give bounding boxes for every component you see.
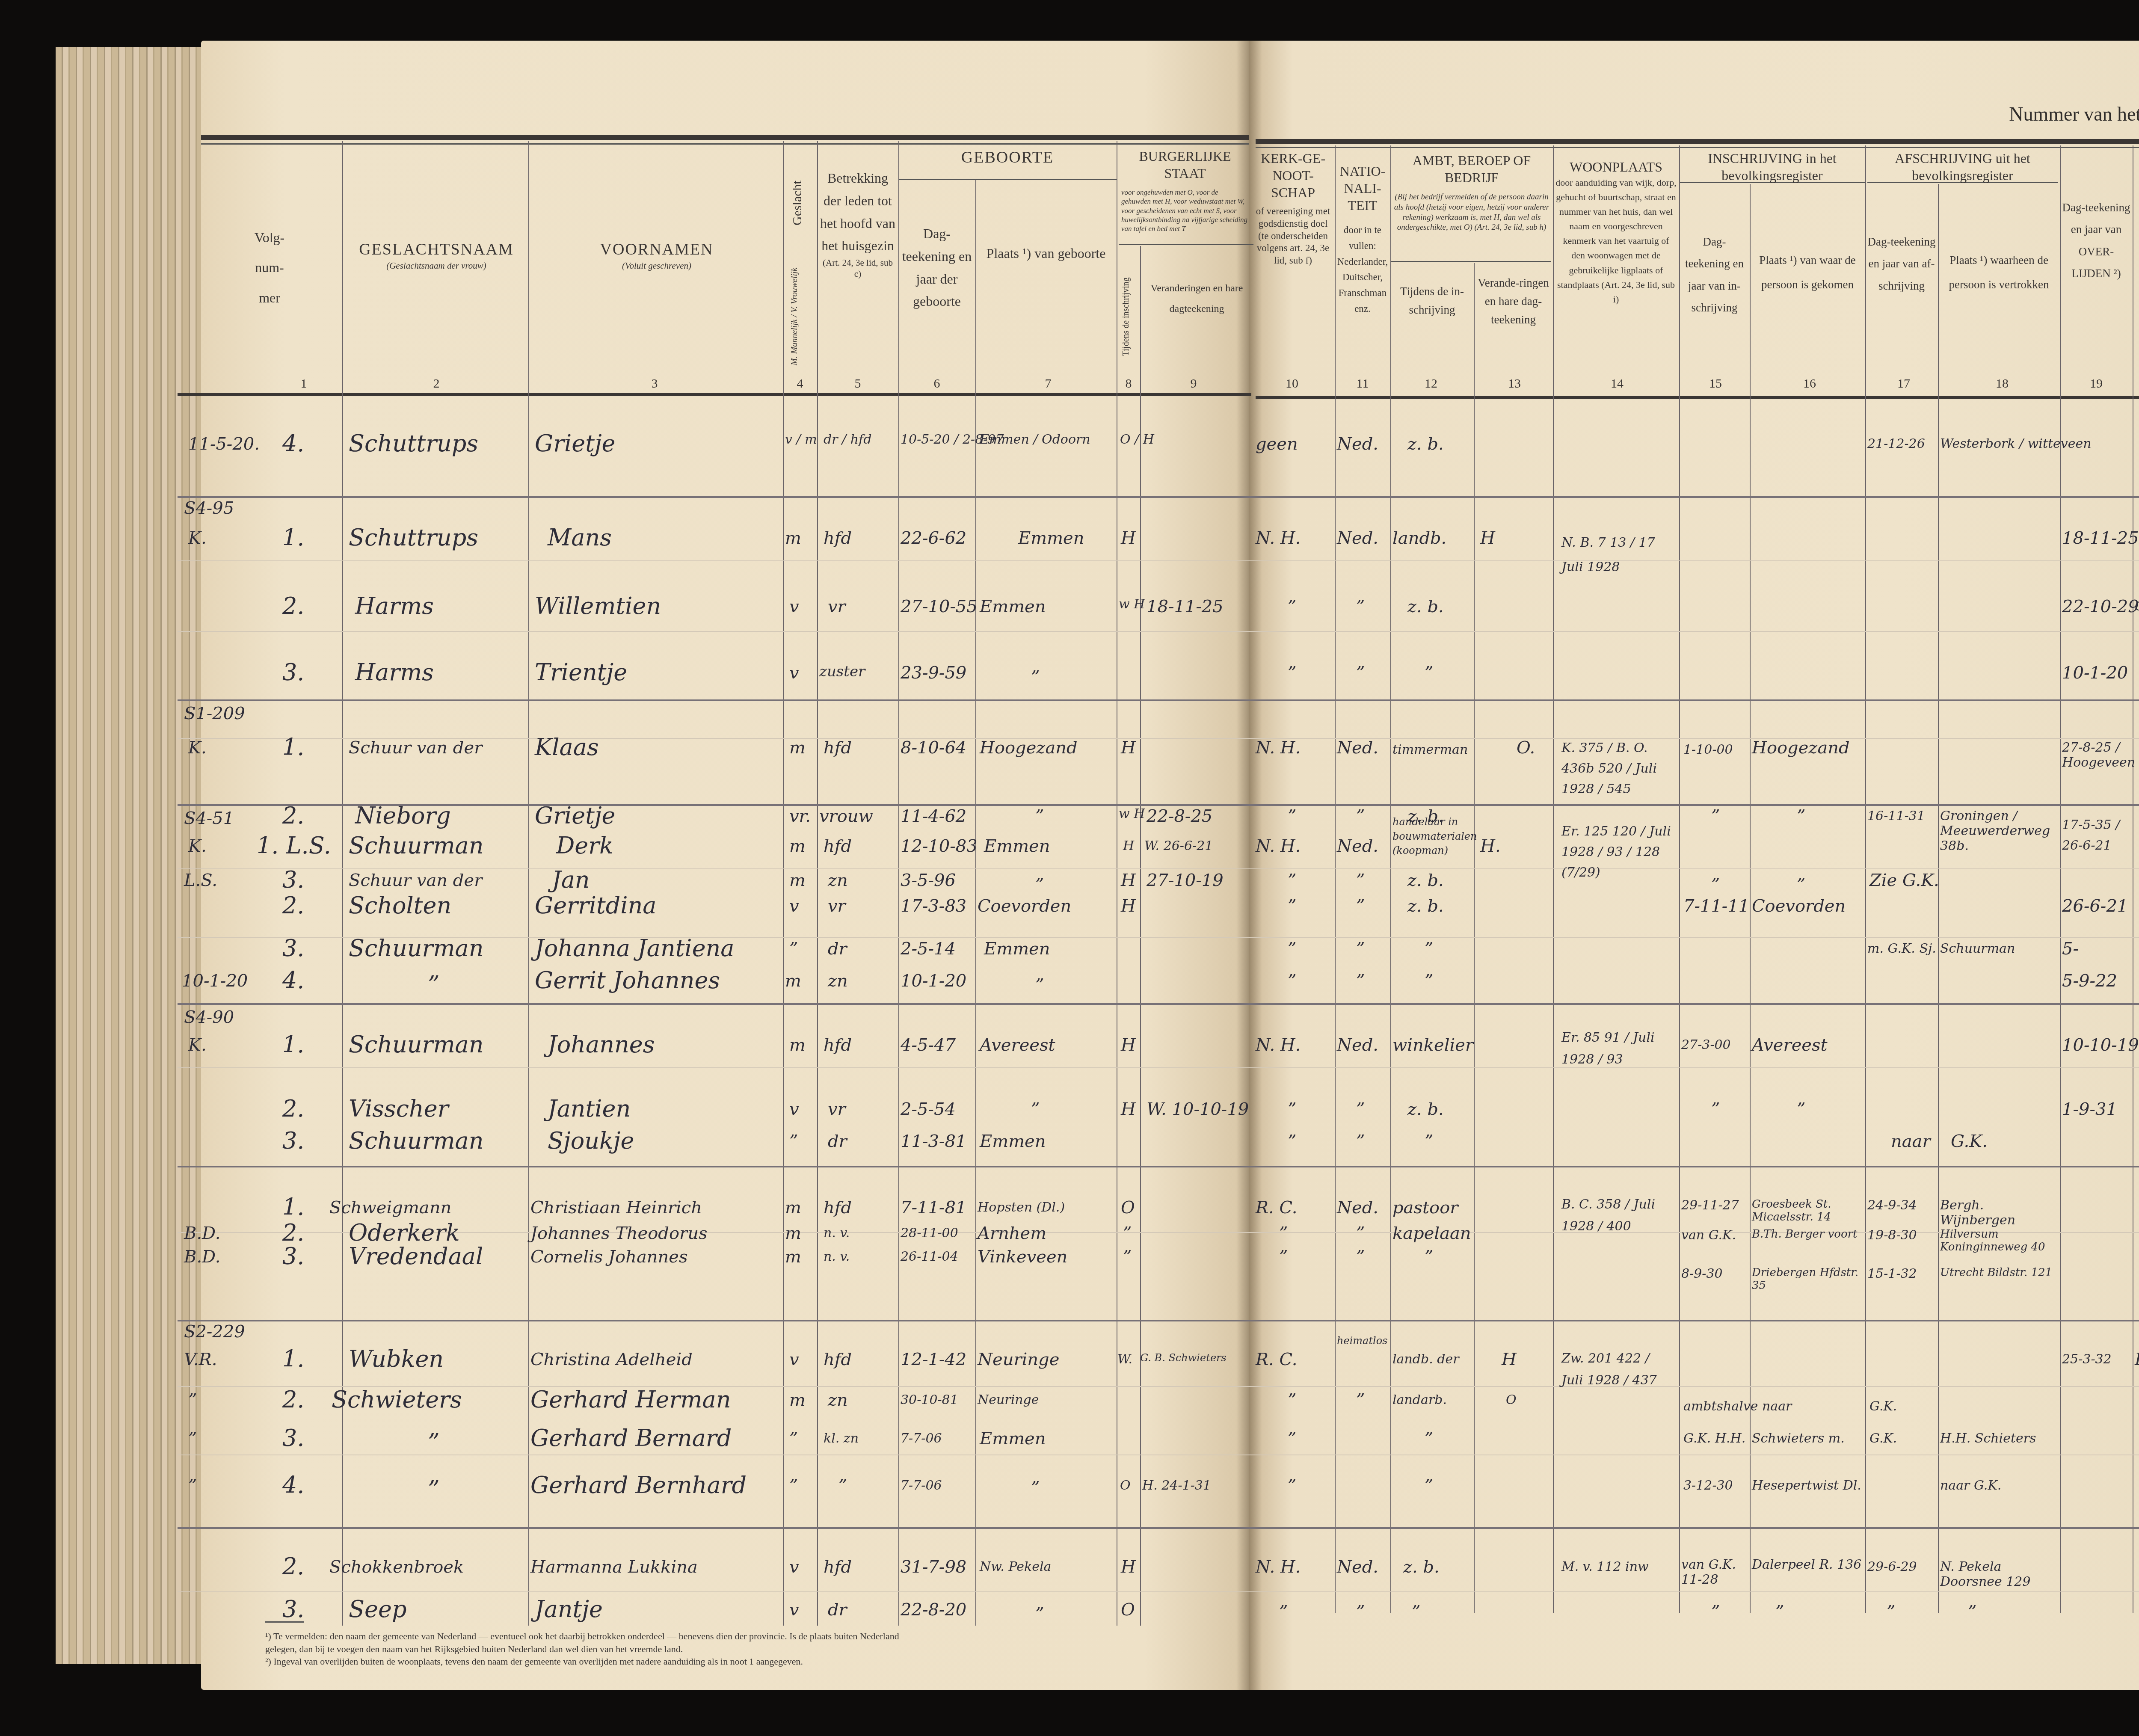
entry-birth-date: 22-6-62 — [901, 528, 966, 548]
entry-in-date: van G.K. — [1681, 1228, 1736, 1243]
entry-occupation: pastoor — [1392, 1198, 1458, 1218]
col-number: 9 — [1181, 376, 1206, 391]
inschrijving-group-header: INSCHRIJVING in het bevolkingsregister — [1681, 150, 1863, 184]
entry-given-names: Johannes Theodorus — [530, 1223, 707, 1243]
header-bottom-rule-right — [1256, 396, 2139, 399]
col-number: 10 — [1279, 376, 1305, 391]
entry-in-date: ” — [1711, 1099, 1720, 1119]
entry-number: 3. — [282, 1425, 305, 1452]
entry-surname: Schwieters — [332, 1386, 462, 1413]
col-divider — [975, 180, 976, 1626]
entry-in-place: ” — [1797, 875, 1805, 895]
entry-death-date: 5-9-22 — [2062, 971, 2117, 991]
col-divider — [1750, 184, 1751, 1613]
entry-birth-place: Emmen — [984, 836, 1050, 856]
entry-church: ” — [1288, 1099, 1296, 1119]
entry-given-names: Harmanna Lukkina — [530, 1557, 698, 1577]
entry-out-date: Zie G.K. — [1869, 871, 1939, 890]
entry-surname: Schuur van der — [349, 738, 482, 758]
entry-relation: ” — [838, 1476, 847, 1496]
entry-birth-date: 7-11-81 — [901, 1198, 966, 1218]
entry-birth-place: Emmen — [980, 597, 1046, 616]
entry-nationality: Ned. — [1337, 528, 1378, 548]
header-top-thin-left — [201, 143, 1249, 145]
col-number: 17 — [1891, 376, 1917, 391]
entry-nationality: ” — [1356, 896, 1365, 916]
entry-in-date: 3-12-30 — [1683, 1478, 1733, 1493]
entry-birth-place: Vinkeveen — [978, 1247, 1067, 1267]
entry-in-place: ” — [1775, 1602, 1784, 1622]
entry-sex: v — [789, 1099, 799, 1119]
entry-in-place: Hoogezand — [1752, 738, 1850, 758]
entry-in-date: ” — [1711, 875, 1720, 895]
entry-birth-date: 8-10-64 — [901, 738, 966, 758]
entry-number: 2. — [282, 1219, 305, 1246]
entry-given-names: Gerhard Bernard — [530, 1425, 732, 1452]
col-divider — [1679, 145, 1680, 1613]
entry-margin: ” — [188, 1429, 197, 1449]
col2-header: GESLACHTSNAAM(Geslachtsnaam der vrouw) — [347, 240, 526, 271]
entry-church: ” — [1288, 1390, 1296, 1410]
entry-civil-status: H — [1121, 896, 1136, 916]
entry-death-date: 22-10-29 — [2062, 597, 2139, 616]
entry-church: ” — [1288, 896, 1296, 916]
entry-occupation: z. b. — [1407, 597, 1444, 616]
entry-occupation: z. b. — [1403, 1557, 1440, 1577]
entry-church: ” — [1288, 1429, 1296, 1449]
entry-sex: m — [789, 836, 806, 856]
entry-relation: n. v. — [824, 1226, 850, 1241]
entry-number: 1. — [282, 1345, 305, 1372]
entry-sex: m — [789, 738, 806, 758]
entry-margin: K. — [188, 1035, 207, 1055]
entry-in-date: G.K. H.H. — [1683, 1431, 1745, 1446]
entry-relation: dr — [828, 1600, 847, 1620]
entry-death-date: 1-9-31 — [2062, 1099, 2117, 1119]
entry-birth-date: 31-7-98 — [901, 1557, 966, 1577]
entry-address: B. C. 358 / Juli 1928 / 400 — [1561, 1194, 1673, 1237]
entry-occupation: landb. — [1392, 528, 1446, 548]
entry-death-date: 10-10-19 — [2062, 1035, 2139, 1055]
entry-church: ” — [1288, 1476, 1296, 1496]
footnote-1: ¹) Te vermelden: den naam der gemeente v… — [265, 1630, 907, 1655]
entry-relation: zn — [828, 1390, 848, 1410]
entry-out-date: 24-9-34 — [1867, 1198, 1917, 1213]
col20-header: AAN-MERKINGEN(Art. 24, 5e lid) — [2135, 231, 2139, 282]
entry-surname: Schuurman — [349, 832, 484, 859]
entry-number: 2. — [282, 1386, 305, 1413]
entry-occupation: ” — [1425, 1476, 1433, 1496]
entry-margin: ” — [188, 1390, 197, 1410]
entry-birth-date: 2-5-54 — [901, 1099, 956, 1119]
entry-occupation: z. b. — [1407, 1099, 1444, 1119]
entry-civil-status: w H — [1119, 806, 1145, 821]
entry-out-date: 29-6-29 — [1867, 1559, 1917, 1574]
entry-surname: Seep — [349, 1596, 406, 1623]
entry-death-date: 26-6-21 — [2062, 896, 2128, 916]
entry-birth-date: 27-10-55 — [901, 597, 978, 616]
entry-out-place: Utrecht Bildstr. 121 — [1940, 1266, 2056, 1279]
entry-number: 2. — [282, 592, 305, 619]
entry-nationality: ” — [1356, 939, 1365, 959]
entry-birth-date: 28-11-00 — [901, 1226, 958, 1241]
entry-sex: m — [789, 1035, 806, 1055]
entry-sex: v — [789, 1557, 799, 1577]
col13-header: Verande-ringen en hare dag-teekening — [1476, 274, 1551, 329]
entry-civil-status: H — [1121, 871, 1136, 890]
entry-sex: ” — [789, 1429, 798, 1449]
entry-given-names: Jantje — [535, 1596, 603, 1623]
entry-number: 3. — [282, 1596, 305, 1623]
entry-civil-status: H — [1121, 1099, 1136, 1119]
entry-birth-place: Neuringe — [978, 1392, 1039, 1407]
entry-birth-date: 7-7-06 — [901, 1478, 942, 1493]
entry-civil-status: W. — [1117, 1352, 1132, 1367]
entry-in-place: Coevorden — [1752, 896, 1846, 916]
entry-in-date: 27-3-00 — [1681, 1037, 1731, 1052]
entry-relation: vr — [828, 1099, 846, 1119]
entry-sex: v — [789, 1600, 799, 1620]
entry-birth-place: Emmen — [980, 1132, 1046, 1151]
col9-header: Veranderingen en hare dagteekening — [1142, 278, 1251, 319]
entry-occupation: landarb. — [1392, 1392, 1447, 1407]
col-number: 14 — [1604, 376, 1630, 391]
entry-number: 4. — [282, 1472, 305, 1499]
household-separator — [178, 804, 2139, 806]
entry-relation: n. v. — [824, 1249, 850, 1264]
entry-surname: Harms — [355, 592, 434, 619]
entry-in-date: 29-11-27 — [1681, 1198, 1739, 1213]
household-marker: S4-90 — [184, 1007, 234, 1027]
entry-birth-date: 11-4-62 — [901, 806, 966, 826]
col-number: 8 — [1116, 376, 1141, 391]
household-separator — [178, 496, 2139, 498]
col-number: 15 — [1703, 376, 1728, 391]
entry-church: ” — [1288, 971, 1296, 991]
entry-address: N. B. 7 13 / 17 Juli 1928 — [1561, 530, 1677, 579]
entry-civil-status: w H — [1119, 597, 1145, 612]
entry-number: 3. — [282, 1243, 305, 1270]
entry-nationality: Ned. — [1337, 1198, 1378, 1218]
entry-relation: dr — [828, 1132, 847, 1151]
col-number: 6 — [924, 376, 950, 391]
entry-sex: m — [785, 1223, 801, 1243]
entry-in-date: ” — [1711, 806, 1720, 826]
col4-header: Geslacht — [789, 158, 806, 248]
entry-address: Er. 125 120 / Juli 1928 / 93 / 128 (7/29… — [1561, 821, 1673, 883]
entry-civil-status: H — [1121, 528, 1136, 548]
entry-occupation-change: H — [1502, 1350, 1517, 1369]
entry-occupation: z. b. — [1407, 896, 1444, 916]
household-separator — [178, 1527, 2139, 1529]
entry-nationality: ” — [1356, 1132, 1365, 1151]
entry-occupation: z. b. — [1407, 434, 1444, 454]
household-separator — [178, 1320, 2139, 1321]
entry-given-names: Johanna Jantiena — [535, 935, 735, 962]
entry-church: ” — [1279, 1602, 1288, 1622]
entry-surname: Nieborg — [355, 802, 451, 829]
entry-occupation: z. b. — [1407, 871, 1444, 890]
entry-out-date: G.K. — [1869, 1431, 1897, 1446]
entry-birth-place: ” — [1031, 1478, 1040, 1498]
entry-number: 4. — [282, 967, 305, 994]
entry-birth-date: 22-8-20 — [901, 1600, 966, 1620]
entry-nationality: Ned. — [1337, 434, 1378, 454]
entry-in-place: Avereest — [1752, 1035, 1828, 1055]
entry-church: R. C. — [1256, 1198, 1297, 1218]
entry-number: 4. — [282, 430, 305, 457]
entry-sex: m — [789, 871, 806, 890]
col-divider — [783, 141, 784, 1626]
entry-out-place: naar G.K. — [1940, 1478, 2001, 1493]
entry-given-names: Derk — [556, 832, 613, 859]
entry-civil-status-change: H. 24-1-31 — [1142, 1478, 1211, 1493]
entry-nationality: Ned. — [1337, 1035, 1378, 1055]
entry-surname: Vredendaal — [349, 1243, 483, 1270]
entry-given-names: Mans — [548, 524, 612, 551]
entry-civil-status: O — [1121, 1600, 1135, 1620]
entry-relation: hfd — [824, 1557, 852, 1577]
household-separator — [178, 1003, 2139, 1005]
entry-number: 1. — [282, 1194, 305, 1221]
entry-relation: dr / hfd — [824, 432, 871, 447]
col-divider — [1140, 246, 1141, 1626]
entry-margin: ” — [188, 1476, 197, 1496]
entry-out-date: naar — [1891, 1132, 1931, 1151]
entry-address: K. 375 / B. O. 436b 520 / Juli 1928 / 54… — [1561, 738, 1673, 800]
entry-out-date: G.K. — [1869, 1399, 1897, 1414]
entry-relation: hfd — [824, 1350, 852, 1369]
entry-in-place: Hesepertwist Dl. — [1752, 1478, 1861, 1493]
entry-in-place: ” — [1797, 806, 1805, 826]
entry-occupation: winkelier — [1392, 1035, 1473, 1055]
entry-sex: v / m — [785, 432, 817, 447]
entry-out-date: 19-8-30 — [1867, 1228, 1917, 1243]
entry-surname: Schuurman — [349, 1031, 484, 1058]
entry-nationality: ” — [1356, 971, 1365, 991]
entry-given-names: Cornelis Johannes — [530, 1247, 688, 1267]
entry-number: 2. — [282, 1095, 305, 1122]
entry-remarks: O.Z.R. Acc. — [2135, 599, 2139, 614]
entry-sex: v — [789, 597, 799, 616]
entry-death-date: 18-11-25 — [2062, 528, 2139, 548]
entry-nationality: ” — [1356, 1602, 1365, 1622]
entry-sex: v — [789, 896, 799, 916]
entry-nationality: Ned. — [1337, 738, 1378, 758]
entry-church: N. H. — [1256, 528, 1301, 548]
entry-birth-date: 23-9-59 — [901, 663, 966, 683]
entry-birth-date: 12-1-42 — [901, 1350, 966, 1369]
entry-sex: ” — [789, 1476, 798, 1496]
col-divider — [1390, 145, 1391, 1613]
household-marker: S4-95 — [184, 498, 234, 518]
entry-occupation: ” — [1425, 1132, 1433, 1151]
entry-birth-place: Hopsten (Dl.) — [978, 1200, 1065, 1215]
entry-church: ” — [1288, 871, 1296, 890]
entry-birth-place: ” — [1031, 667, 1040, 687]
entry-given-names: Grietje — [535, 802, 616, 829]
entry-occupation: handelaar in bouwmaterialen (koopman) — [1392, 815, 1474, 858]
entry-occupation: ” — [1425, 1429, 1433, 1449]
entry-church: N. H. — [1256, 1557, 1301, 1577]
entry-death-date: 17-5-35 / 26-6-21 — [2062, 815, 2130, 856]
entry-occupation: ” — [1425, 1247, 1433, 1267]
col12-header: Tijdens de in-schrijving — [1392, 282, 1472, 319]
entry-birth-place: Emmen — [1018, 528, 1084, 548]
col-number: 19 — [2083, 376, 2109, 391]
entry-given-names: Christiaan Heinrich — [530, 1198, 702, 1218]
entry-birth-place: ” — [1035, 806, 1044, 826]
entry-birth-place: ” — [1035, 1604, 1044, 1624]
entry-birth-date: 3-5-96 — [901, 871, 956, 890]
col6-header: Dag-teekening en jaar der geboorte — [901, 222, 973, 313]
entry-birth-place: Neuringe — [978, 1350, 1059, 1369]
entry-given-names: Gerhard Herman — [530, 1386, 731, 1413]
entry-sex: ” — [789, 1132, 798, 1151]
col16-header: Plaats ¹) van waar de persoon is gekomen — [1752, 248, 1863, 296]
col17-header: Dag-teekening en jaar van af-schrijving — [1867, 231, 1936, 297]
col-divider — [1335, 145, 1336, 1613]
ambt-group-header: AMBT, BEROEP OF BEDRIJF(Bij het bedrijf … — [1392, 152, 1551, 233]
entry-birth-date: 4-5-47 — [901, 1035, 956, 1055]
entry-nationality: ” — [1356, 1223, 1365, 1243]
entry-surname: Scholten — [349, 892, 451, 919]
entry-civil-status: O — [1120, 1478, 1131, 1493]
entry-church: ” — [1279, 1247, 1288, 1267]
col-divider — [1553, 145, 1554, 1613]
entry-church: geen — [1256, 434, 1298, 454]
col-divider — [898, 141, 899, 1626]
household-separator — [178, 1166, 2139, 1167]
entry-given-names: Sjoukje — [548, 1127, 634, 1154]
entry-relation: vr — [828, 597, 846, 616]
entry-relation: hfd — [824, 1198, 852, 1218]
entry-relation: vrouw — [819, 806, 873, 826]
entry-number: 1. — [282, 1031, 305, 1058]
entry-in-date: 8-9-30 — [1681, 1266, 1723, 1281]
col-number: 1 — [291, 376, 317, 391]
entry-surname: Harms — [355, 659, 434, 686]
entry-relation: hfd — [824, 738, 852, 758]
col-divider — [2133, 145, 2133, 1613]
entry-out-date: 16-11-31 — [1867, 809, 1925, 824]
entry-margin: K. — [188, 528, 207, 548]
entry-given-names: Grietje — [535, 430, 616, 457]
entry-sex: v — [789, 663, 799, 683]
col-number: 4 — [787, 376, 813, 391]
entry-church: R. C. — [1256, 1350, 1297, 1369]
entry-number: 3. — [282, 866, 305, 893]
entry-surname: Schuurman — [349, 935, 484, 962]
col-divider — [1938, 184, 1939, 1613]
entry-death-date: 25-3-32 — [2062, 1352, 2112, 1367]
entry-occupation: ” — [1412, 1602, 1420, 1622]
entry-nationality: Ned. — [1337, 836, 1378, 856]
entry-church: N. H. — [1256, 836, 1301, 856]
entry-address: Zw. 201 422 / Juli 1928 / 437 — [1561, 1348, 1673, 1391]
bs-group-header: BURGERLIJKE STAATvoor ongehuwden met O, … — [1119, 148, 1251, 233]
entry-birth-date: 7-7-06 — [901, 1431, 942, 1446]
entry-church: ” — [1288, 939, 1296, 959]
entry-out-date: ” — [1887, 1602, 1895, 1622]
entry-sex: m — [785, 528, 801, 548]
entry-address: M. v. 112 inw — [1561, 1559, 1649, 1574]
entry-out-date: 21-12-26 — [1867, 436, 1925, 451]
entry-number: 1. — [282, 734, 305, 761]
entry-birth-place: ” — [1035, 975, 1044, 995]
entry-surname: Oderkerk — [349, 1219, 460, 1246]
entry-birth-date: 30-10-81 — [901, 1392, 958, 1407]
entry-church: N. H. — [1256, 1035, 1301, 1055]
col8-header: Tijdens de inschrijving — [1121, 270, 1132, 364]
col-number: 16 — [1797, 376, 1822, 391]
entry-given-names: Willemtien — [535, 592, 661, 619]
header-bottom-rule-left — [178, 393, 1251, 396]
col19-header: Dag-teekening en jaar van OVER-LIJDEN ²) — [2062, 197, 2130, 284]
entry-margin: 10-1-20 — [182, 971, 248, 991]
entry-given-names: Gerhard Bernhard — [530, 1472, 747, 1499]
entry-civil-status-change: 18-11-25 — [1147, 597, 1224, 616]
entry-in-place: Schwieters m. — [1752, 1431, 1845, 1446]
header-top-thin-right — [1256, 147, 2139, 148]
entry-margin: K. — [188, 738, 207, 758]
entry-birth-place: Arnhem — [978, 1223, 1046, 1243]
entry-relation: dr — [828, 939, 847, 959]
entry-number: 1. L.S. — [257, 832, 331, 859]
entry-in-date: 1-10-00 — [1683, 742, 1733, 757]
entry-occupation-change: H — [1480, 528, 1495, 548]
household-separator — [178, 699, 2139, 701]
entry-margin: B.D. — [184, 1247, 220, 1267]
entry-margin: B.D. — [184, 1223, 220, 1243]
entry-surname: Schweigmann — [329, 1198, 451, 1218]
entry-death-date: 5- — [2062, 939, 2079, 959]
col-divider — [2060, 145, 2061, 1613]
entry-out-place: ” — [1968, 1602, 1976, 1622]
entry-death-date: 10-1-20 — [2062, 663, 2128, 683]
entry-nationality: ” — [1356, 1099, 1365, 1119]
entry-relation: hfd — [824, 836, 852, 856]
entry-nationality: ” — [1356, 1247, 1365, 1267]
col-number: 11 — [1350, 376, 1375, 391]
entry-birth-place: Emmen — [984, 939, 1050, 959]
entry-civil-status: O / H — [1120, 432, 1154, 447]
col-divider — [1474, 263, 1475, 1613]
col3-header: VOORNAMEN(Voluit geschreven) — [533, 240, 781, 271]
entry-in-date: 7-11-11 — [1683, 896, 1749, 916]
col-number: 13 — [1502, 376, 1527, 391]
entry-occupation: ” — [1425, 663, 1433, 683]
header-top-rule-right — [1256, 139, 2139, 144]
entry-birth-place: Avereest — [980, 1035, 1055, 1055]
entry-relation: zn — [828, 971, 848, 991]
col4-sub: M. Mannelijk / V. Vrouwelijk — [789, 265, 800, 368]
entry-margin: 11-5-20. — [188, 434, 260, 454]
entry-occupation: kapelaan — [1392, 1223, 1471, 1243]
entry-out-place: G.K. — [1951, 1132, 1988, 1151]
entry-birth-place: ” — [1035, 875, 1044, 895]
entry-out-place: Groningen / Meeuwerderweg 38b. — [1940, 809, 2058, 853]
bs-subrule — [1119, 244, 1253, 245]
entry-in-place: ” — [1797, 1099, 1805, 1119]
entry-address: Er. 85 91 / Juli 1928 / 93 — [1561, 1027, 1673, 1070]
entry-birth-place: Nw. Pekela — [980, 1559, 1051, 1574]
col5-header: Betrekking der leden tot het hoofd van h… — [819, 167, 896, 280]
ambt-subrule — [1390, 261, 1551, 262]
entry-church: ” — [1279, 1223, 1288, 1243]
entry-civil-status-change: W. 26-6-21 — [1144, 838, 1213, 853]
col11-header: NATIO-NALI-TEITdoor in te vullen: Nederl… — [1337, 163, 1388, 317]
